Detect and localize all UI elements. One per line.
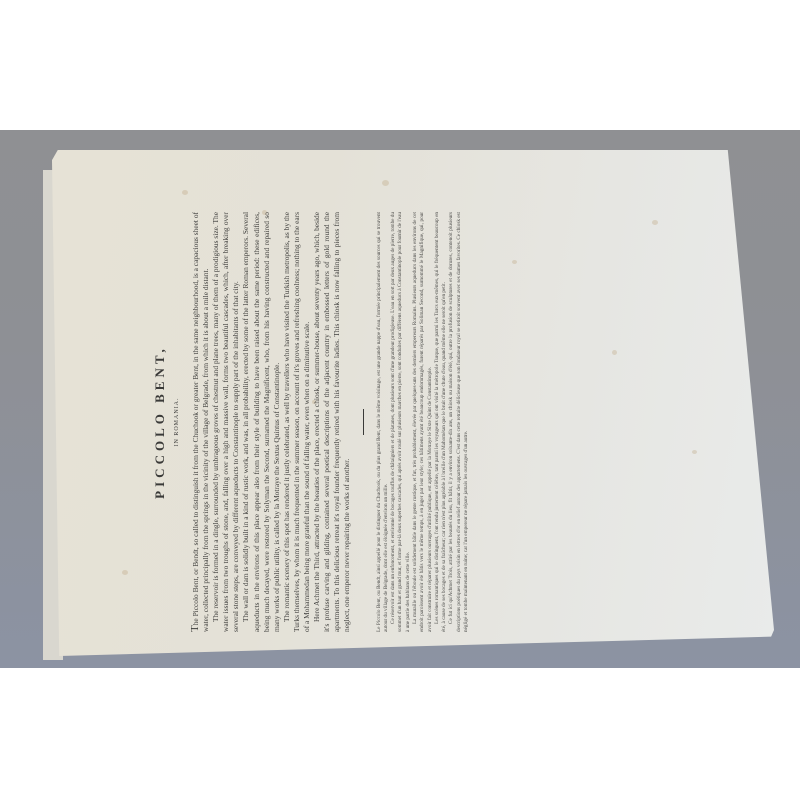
foxing-spot [612, 350, 617, 355]
french-paragraph: Ce fut ici qu'Achmet Trois, attiré par l… [448, 212, 470, 632]
french-paragraph: Les scènes romantiques qui le distinguen… [434, 212, 449, 632]
document-title: PICCOLO BENT, [152, 212, 168, 632]
english-paragraph: The reservoir is formed in a dingle, sur… [211, 212, 241, 632]
english-paragraph: The Piccolo Bent, or Bendt, so called to… [190, 212, 211, 632]
english-paragraph: The wall or dam is solidly built in a ki… [241, 212, 281, 632]
foxing-spot [382, 180, 389, 186]
rotated-text-block: PICCOLO BENT, IN ROMANIA. The Piccolo Be… [152, 212, 612, 632]
french-paragraph: La muraille ou l'éboule est solidement b… [412, 212, 434, 632]
foxing-spot [122, 570, 128, 575]
english-paragraph: Here Achmet the Third, attracted by the … [312, 212, 352, 632]
french-paragraph: Le Piccolo Bent, ou Bendt, ainsi appellé… [376, 212, 391, 632]
document-subtitle: IN ROMANIA. [174, 212, 180, 632]
foxing-spot [182, 190, 188, 195]
section-divider [363, 409, 364, 435]
english-paragraph: The romantic scenery of this spot has re… [282, 212, 312, 632]
foxing-spot [692, 450, 697, 454]
foxing-spot [652, 220, 658, 225]
french-paragraph: Ce réservoir est dans un enfoncement, et… [390, 212, 412, 632]
